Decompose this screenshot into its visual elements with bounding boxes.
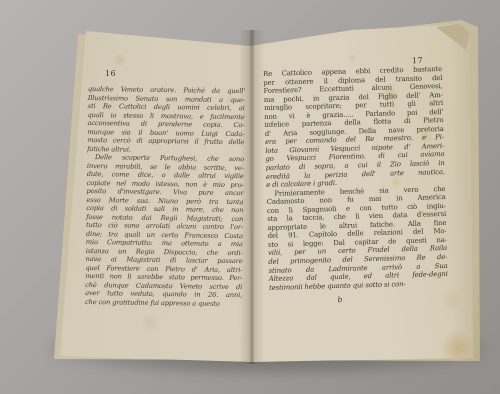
left-page-number: 16: [105, 69, 116, 78]
left-page-text: qualche Veneto oratore. Poichè da quell'…: [85, 85, 245, 308]
photo-of-open-book: 16 qualche Veneto oratore. Poichè da que…: [0, 0, 500, 394]
right-page-text: Re Cattolico appena ebbi credito bastant…: [263, 65, 448, 292]
right-page-number: 17: [412, 56, 423, 65]
